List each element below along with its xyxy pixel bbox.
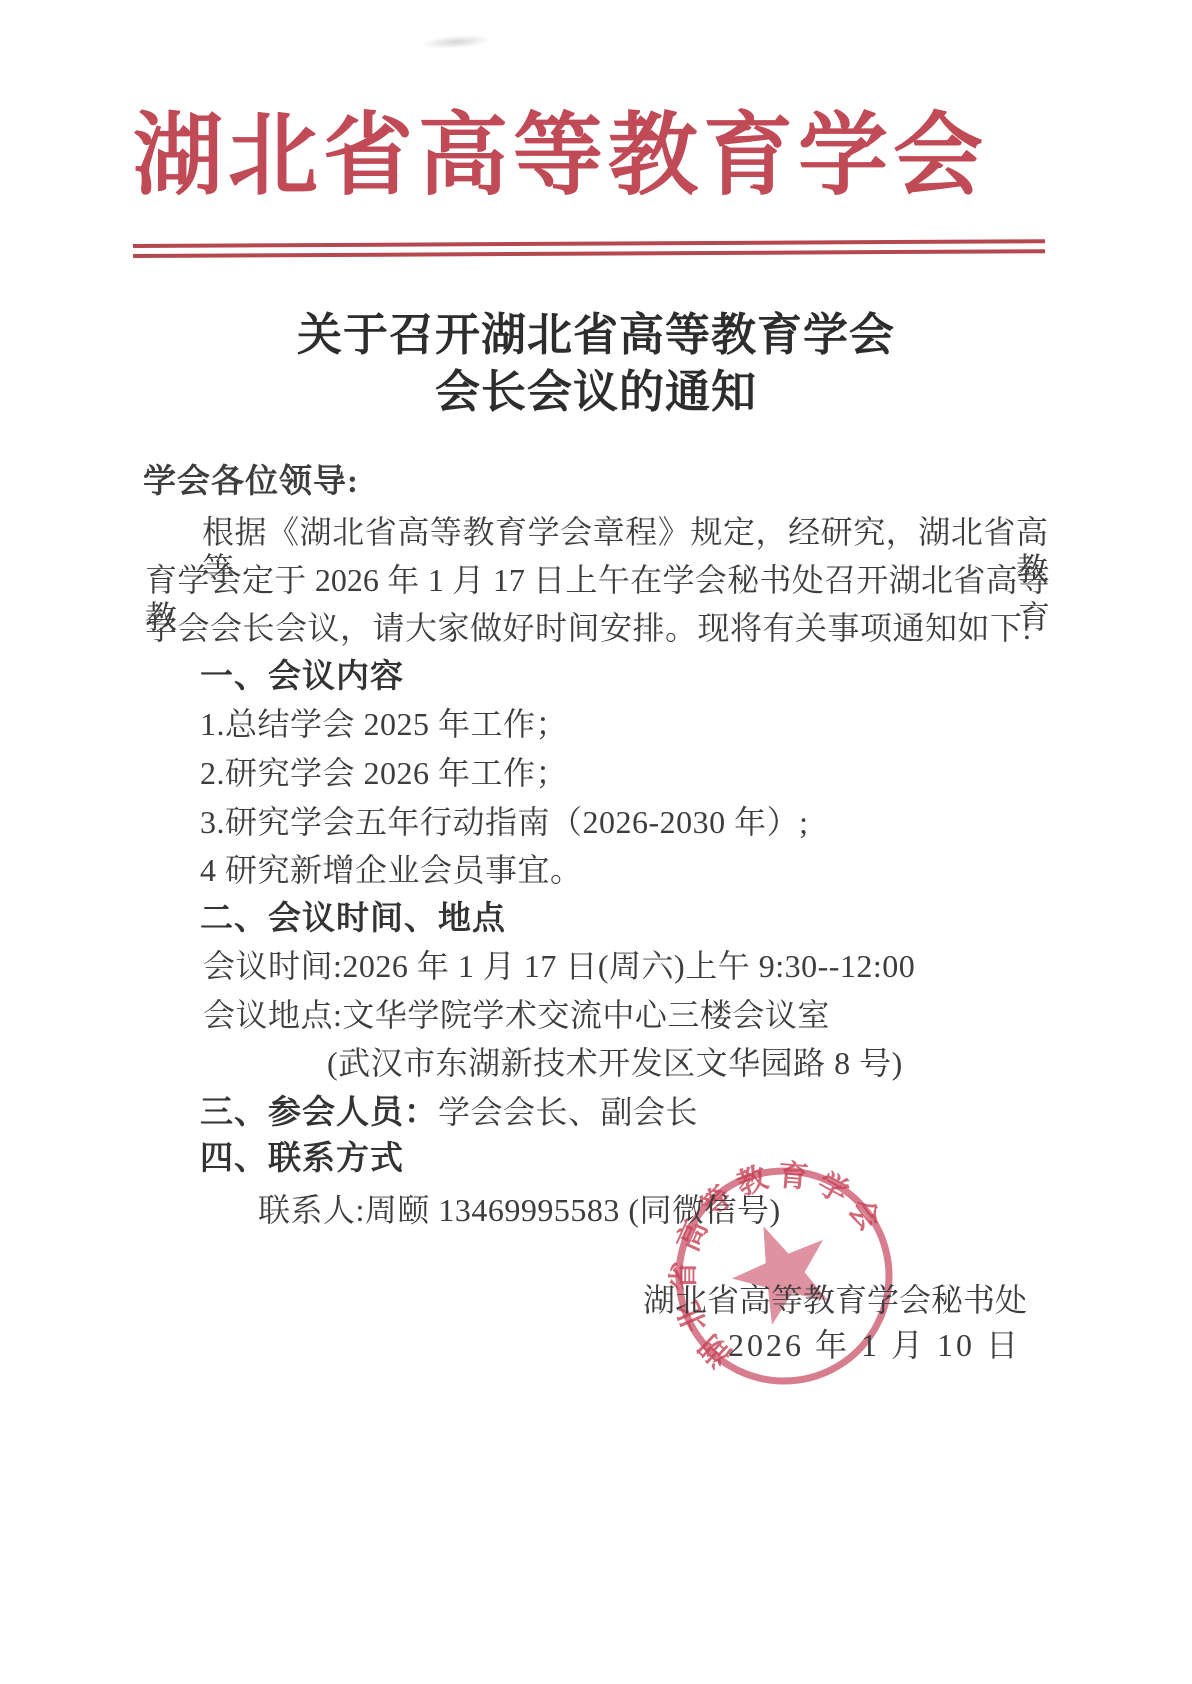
letterhead-title: 湖北省高等教育学会: [133, 112, 988, 202]
attendees-text: 学会会长、副会长: [438, 1094, 698, 1130]
signature-line: 湖北省高等教育学会秘书处: [643, 1282, 1027, 1319]
meeting-address-line: (武汉市东湖新技术开发区文华园路 8 号): [327, 1045, 903, 1082]
notice-title-line-1: 关于召开湖北省高等教育学会: [0, 306, 1192, 363]
contact-line: 联系人:周颐 13469995583 (同微信号): [258, 1192, 781, 1229]
agenda-item-4: 4 研究新增企业会员事宜。: [200, 852, 583, 889]
agenda-item-1: 1.总结学会 2025 年工作；: [200, 706, 568, 743]
letterhead-double-rule: [133, 239, 1045, 260]
rule-line-top: [133, 239, 1045, 248]
scan-smudge: [420, 34, 493, 51]
notice-title-line-2: 会长会议的通知: [0, 363, 1192, 420]
attendees-line: 三、参会人员：学会会长、副会长: [200, 1093, 698, 1131]
section-heading-4: 四、联系方式: [200, 1139, 404, 1177]
date-line: 2026 年 1 月 10 日: [728, 1327, 1021, 1364]
intro-line-3: 学会会长会议，请大家做好时间安排。现将有关事项通知如下:: [145, 610, 1032, 647]
salutation-line: 学会各位领导:: [143, 464, 359, 502]
agenda-item-3: 3.研究学会五年行动指南（2026-2030 年）;: [200, 804, 809, 841]
section-heading-3: 三、参会人员：: [200, 1093, 438, 1130]
meeting-place-line: 会议地点:文华学院学术交流中心三楼会议室: [203, 997, 830, 1034]
notice-title: 关于召开湖北省高等教育学会 会长会议的通知: [0, 306, 1192, 420]
meeting-time-line: 会议时间:2026 年 1 月 17 日(周六)上午 9:30--12:00: [203, 948, 915, 985]
rule-line-bottom: [133, 249, 1045, 258]
agenda-item-2: 2.研究学会 2026 年工作；: [200, 755, 568, 792]
section-heading-1: 一、会议内容: [200, 657, 404, 695]
section-heading-2: 二、会议时间、地点: [200, 899, 506, 937]
scanned-notice-page: 湖北省高等教育学会 关于召开湖北省高等教育学会 会长会议的通知 湖北省高等教育学…: [0, 0, 1192, 1684]
